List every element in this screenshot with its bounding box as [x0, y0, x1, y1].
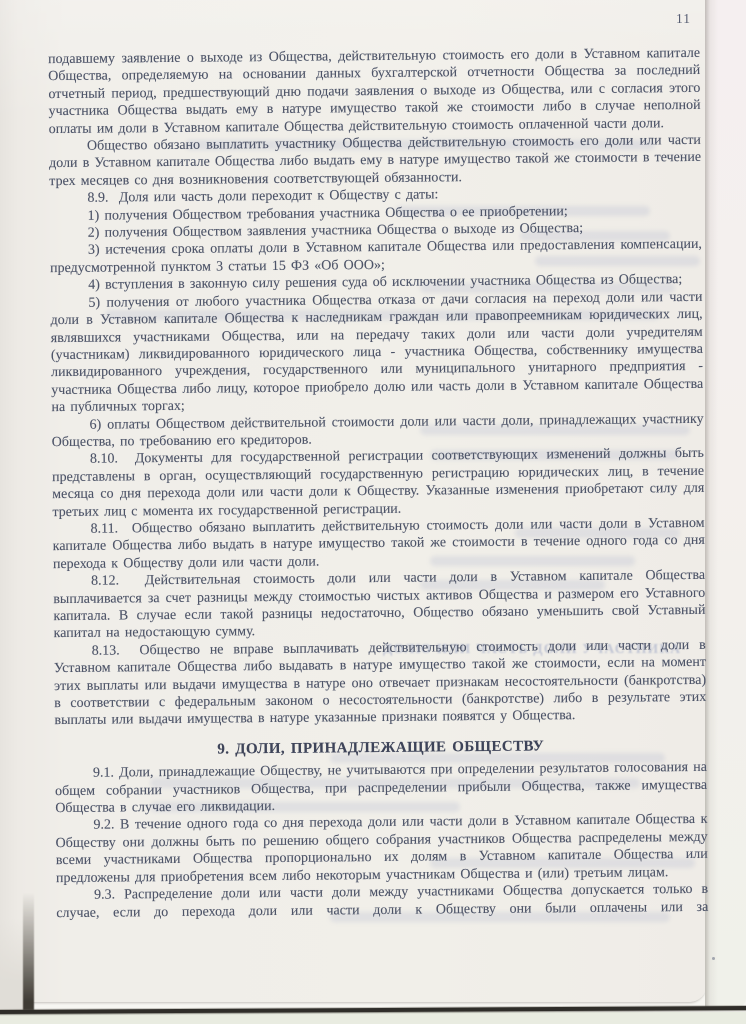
document-body: подавшему заявление о выходе из Общества…	[48, 45, 708, 922]
scanned-page: ДОЛЮ ИЛИ ЧАСТЬ ДОЛИ УЧАСТНИКА 11 подавше…	[0, 0, 746, 1024]
paragraph: 5) получения от любого участника Обществ…	[50, 289, 703, 417]
section-heading: 9. ДОЛИ, ПРИНАДЛЕЖАЩИЕ ОБЩЕСТВУ	[55, 737, 707, 761]
paragraph: 8.11. Общество обязано выплатить действи…	[53, 515, 705, 573]
paragraph: подавшему заявление о выходе из Общества…	[48, 45, 701, 138]
scan-speck	[712, 957, 715, 960]
paragraph: Общество обязано выплатить участнику Общ…	[49, 132, 701, 190]
paragraph: 9.3. Распределение доли или части доли м…	[56, 881, 708, 922]
paragraph: 8.10. Документы для государственной реги…	[52, 445, 705, 521]
paragraph: 8.13. Общество не вправе выплачивать дей…	[54, 637, 707, 730]
binding-shadow	[23, 893, 34, 1011]
paragraph: 9.1. Доли, принадлежащие Обществу, не уч…	[55, 759, 707, 817]
paragraph: 8.12. Действительная стоимость доли или …	[53, 567, 706, 643]
paragraph: 9.2. В течение одного года со дня перехо…	[55, 811, 708, 887]
page-number: 11	[676, 11, 691, 27]
page-curl-shadow	[0, 918, 24, 1010]
page-edge-right	[705, 0, 746, 1008]
